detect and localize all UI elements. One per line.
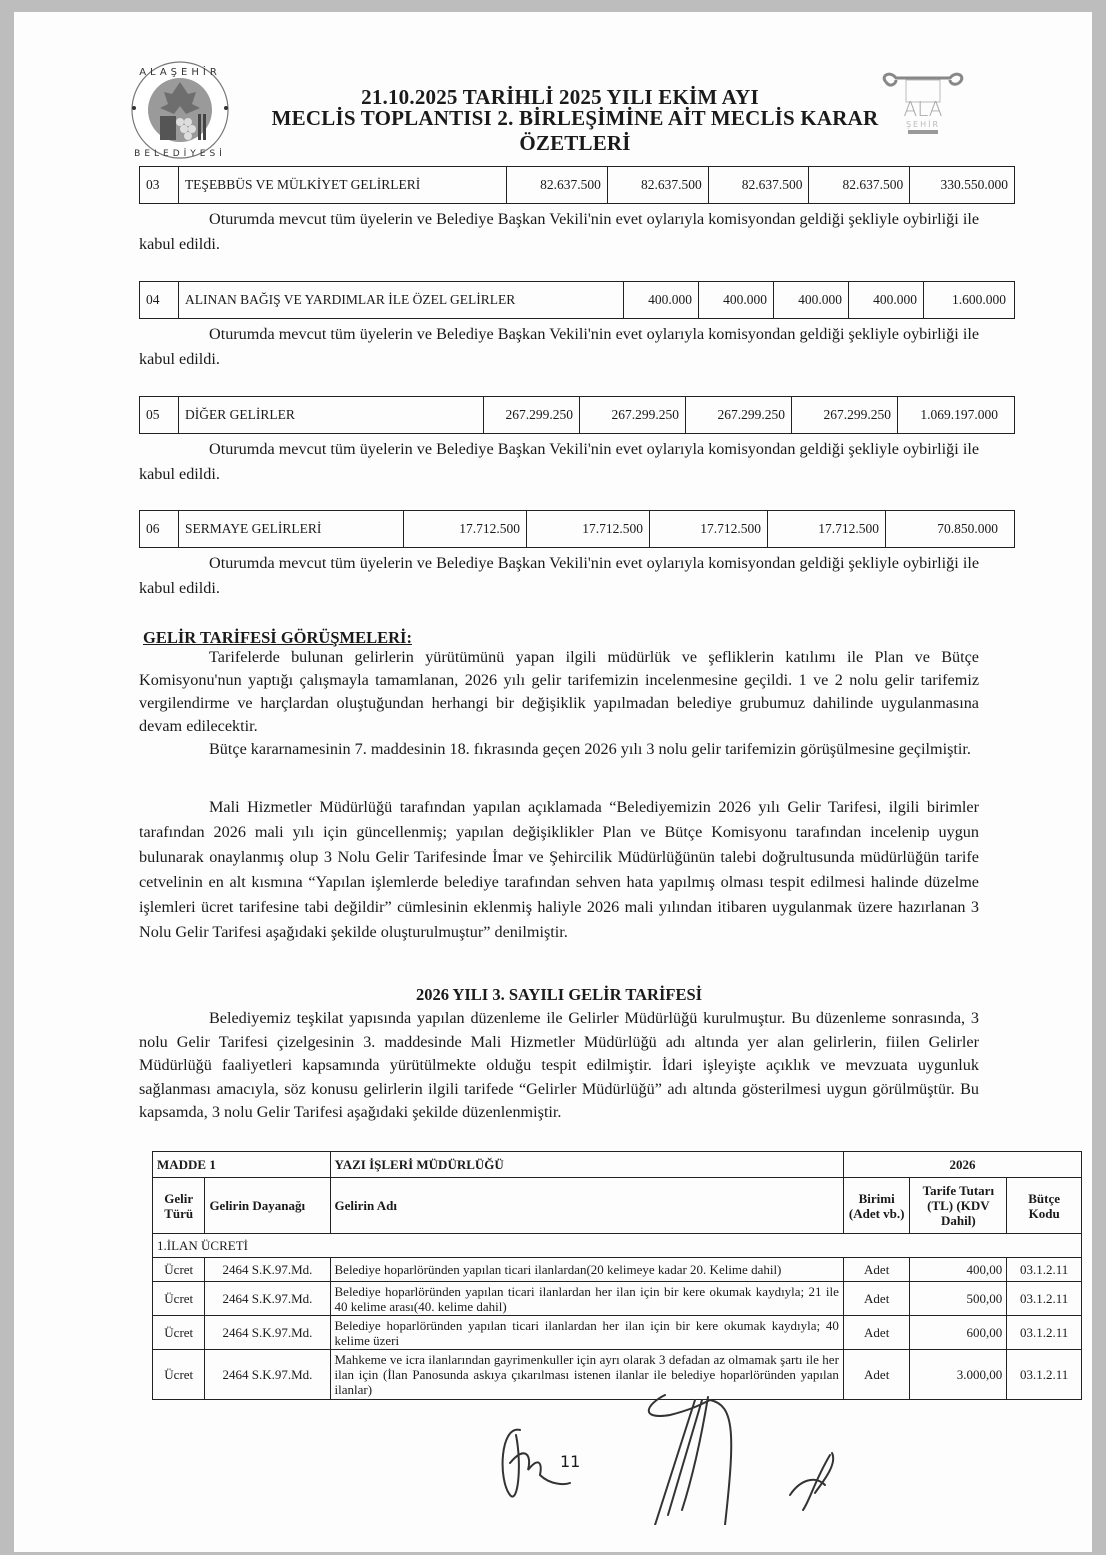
header-title-line2: MECLİS TOPLANTISI 2. BİRLEŞİMİNE AİT MEC… bbox=[250, 106, 900, 156]
cell-birim: Adet bbox=[843, 1258, 910, 1282]
table-row: Ücret 2464 S.K.97.Md. Belediye hoparlörü… bbox=[153, 1316, 1082, 1350]
cell-dayanak: 2464 S.K.97.Md. bbox=[205, 1316, 330, 1350]
page-number: 11 bbox=[560, 1452, 580, 1471]
table-row: Ücret 2464 S.K.97.Md. Belediye hoparlörü… bbox=[153, 1258, 1082, 1282]
budget-row-value: 267.299.250 bbox=[579, 397, 685, 433]
budget-row-value: 267.299.250 bbox=[483, 397, 579, 433]
budget-row-name: ALINAN BAĞIŞ VE YARDIMLAR İLE ÖZEL GELİR… bbox=[178, 282, 623, 318]
cell-tutar: 600,00 bbox=[910, 1316, 1007, 1350]
budget-row-value: 400.000 bbox=[773, 282, 848, 318]
budget-row-name: DİĞER GELİRLER bbox=[178, 397, 483, 433]
budget-row-name: SERMAYE GELİRLERİ bbox=[178, 511, 403, 547]
alasehir-municipality-logo-icon: ALAŞEHİR BELEDİYESİ bbox=[120, 58, 246, 162]
budget-row-name: TEŞEBBÜS VE MÜLKİYET GELİRLERİ bbox=[178, 167, 506, 203]
col-gelir-turu: Gelir Türü bbox=[153, 1178, 205, 1234]
budget-row-total: 330.550.000 bbox=[909, 167, 1014, 203]
budget-row-04: 04 ALINAN BAĞIŞ VE YARDIMLAR İLE ÖZEL GE… bbox=[139, 281, 1015, 319]
svg-text:ALAŞEHİR: ALAŞEHİR bbox=[139, 65, 221, 78]
col-dayanak: Gelirin Dayanağı bbox=[205, 1178, 330, 1234]
cell-tur: Ücret bbox=[153, 1258, 205, 1282]
col-butce: Bütçe Kodu bbox=[1007, 1178, 1082, 1234]
cell-kod: 03.1.2.11 bbox=[1007, 1316, 1082, 1350]
col-adi: Gelirin Adı bbox=[330, 1178, 843, 1234]
budget-row-code: 05 bbox=[140, 397, 178, 433]
budget-row-value: 82.637.500 bbox=[506, 167, 607, 203]
cell-adi: Belediye hoparlöründen yapılan ticari il… bbox=[330, 1258, 843, 1282]
decision-text-04: Oturumda mevcut tüm üyelerin ve Belediye… bbox=[139, 322, 979, 372]
budget-row-03: 03 TEŞEBBÜS VE MÜLKİYET GELİRLERİ 82.637… bbox=[139, 166, 1015, 204]
budget-row-value: 82.637.500 bbox=[708, 167, 809, 203]
col-tutar: Tarife Tutarı (TL) (KDV Dahil) bbox=[910, 1178, 1007, 1234]
budget-row-total: 1.069.197.000 bbox=[897, 397, 1004, 433]
budget-row-value: 82.637.500 bbox=[607, 167, 708, 203]
year-label: 2026 bbox=[843, 1152, 1081, 1178]
budget-row-06: 06 SERMAYE GELİRLERİ 17.712.500 17.712.5… bbox=[139, 510, 1015, 548]
budget-row-value: 82.637.500 bbox=[808, 167, 909, 203]
budget-row-total: 70.850.000 bbox=[885, 511, 1004, 547]
section-heading-2026-tarife: 2026 YILI 3. SAYILI GELİR TARİFESİ bbox=[139, 985, 979, 1005]
tariff-table: MADDE 1 YAZI İŞLERİ MÜDÜRLÜĞÜ 2026 Gelir… bbox=[152, 1151, 1082, 1400]
cell-tur: Ücret bbox=[153, 1350, 205, 1400]
cell-dayanak: 2464 S.K.97.Md. bbox=[205, 1258, 330, 1282]
budget-row-value: 17.712.500 bbox=[649, 511, 767, 547]
gelir-paragraph-2: Bütçe kararnamesinin 7. maddesinin 18. f… bbox=[139, 738, 979, 761]
budget-row-value: 400.000 bbox=[698, 282, 773, 318]
decision-text-06: Oturumda mevcut tüm üyelerin ve Belediye… bbox=[139, 551, 979, 601]
gelir-paragraph-1: Tarifelerde bulunan gelirlerin yürütümün… bbox=[139, 646, 979, 738]
tariff-header-row: Gelir Türü Gelirin Dayanağı Gelirin Adı … bbox=[153, 1178, 1082, 1234]
col-birimi: Birimi (Adet vb.) bbox=[843, 1178, 910, 1234]
budget-row-value: 267.299.250 bbox=[685, 397, 791, 433]
cell-tutar: 400,00 bbox=[910, 1258, 1007, 1282]
budget-row-value: 17.712.500 bbox=[403, 511, 526, 547]
table-row: Ücret 2464 S.K.97.Md. Belediye hoparlörü… bbox=[153, 1282, 1082, 1316]
cell-dayanak: 2464 S.K.97.Md. bbox=[205, 1350, 330, 1400]
section-heading-gelir-tarifesi: GELİR TARİFESİ GÖRÜŞMELERİ: bbox=[143, 628, 412, 648]
decision-text-05: Oturumda mevcut tüm üyelerin ve Belediye… bbox=[139, 437, 979, 487]
gelir-paragraph-3: Mali Hizmetler Müdürlüğü tarafından yapı… bbox=[139, 795, 979, 945]
budget-row-value: 400.000 bbox=[623, 282, 698, 318]
cell-tutar: 500,00 bbox=[910, 1282, 1007, 1316]
mudurluk-label: YAZI İŞLERİ MÜDÜRLÜĞÜ bbox=[330, 1152, 843, 1178]
budget-row-code: 04 bbox=[140, 282, 178, 318]
tariff-group-row: 1.İLAN ÜCRETİ bbox=[153, 1234, 1082, 1258]
budget-row-05: 05 DİĞER GELİRLER 267.299.250 267.299.25… bbox=[139, 396, 1015, 434]
madde-label: MADDE 1 bbox=[153, 1152, 331, 1178]
budget-row-value: 400.000 bbox=[848, 282, 923, 318]
cell-kod: 03.1.2.11 bbox=[1007, 1258, 1082, 1282]
cell-kod: 03.1.2.11 bbox=[1007, 1350, 1082, 1400]
cell-kod: 03.1.2.11 bbox=[1007, 1282, 1082, 1316]
svg-text:ŞEHİR: ŞEHİR bbox=[906, 119, 940, 129]
cell-tur: Ücret bbox=[153, 1316, 205, 1350]
budget-row-value: 267.299.250 bbox=[791, 397, 897, 433]
tariff-title-row: MADDE 1 YAZI İŞLERİ MÜDÜRLÜĞÜ 2026 bbox=[153, 1152, 1082, 1178]
cell-adi: Belediye hoparlöründen yapılan ticari il… bbox=[330, 1316, 843, 1350]
budget-row-value: 17.712.500 bbox=[526, 511, 649, 547]
cell-tutar: 3.000,00 bbox=[910, 1350, 1007, 1400]
cell-tur: Ücret bbox=[153, 1282, 205, 1316]
budget-row-code: 03 bbox=[140, 167, 178, 203]
cell-birim: Adet bbox=[843, 1316, 910, 1350]
cell-birim: Adet bbox=[843, 1282, 910, 1316]
cell-adi: Belediye hoparlöründen yapılan ticari il… bbox=[330, 1282, 843, 1316]
budget-row-total: 1.600.000 bbox=[923, 282, 1012, 318]
budget-row-value: 17.712.500 bbox=[767, 511, 885, 547]
cell-dayanak: 2464 S.K.97.Md. bbox=[205, 1282, 330, 1316]
budget-row-code: 06 bbox=[140, 511, 178, 547]
signatures-icon bbox=[470, 1385, 870, 1525]
svg-text:ALA: ALA bbox=[904, 97, 943, 121]
group-ilan-ucreti: 1.İLAN ÜCRETİ bbox=[153, 1234, 1082, 1258]
decision-text-03: Oturumda mevcut tüm üyelerin ve Belediye… bbox=[139, 207, 979, 257]
svg-text:BELEDİYESİ: BELEDİYESİ bbox=[134, 148, 226, 159]
tarife-paragraph-1: Belediyemiz teşkilat yapısında yapılan d… bbox=[139, 1007, 979, 1125]
